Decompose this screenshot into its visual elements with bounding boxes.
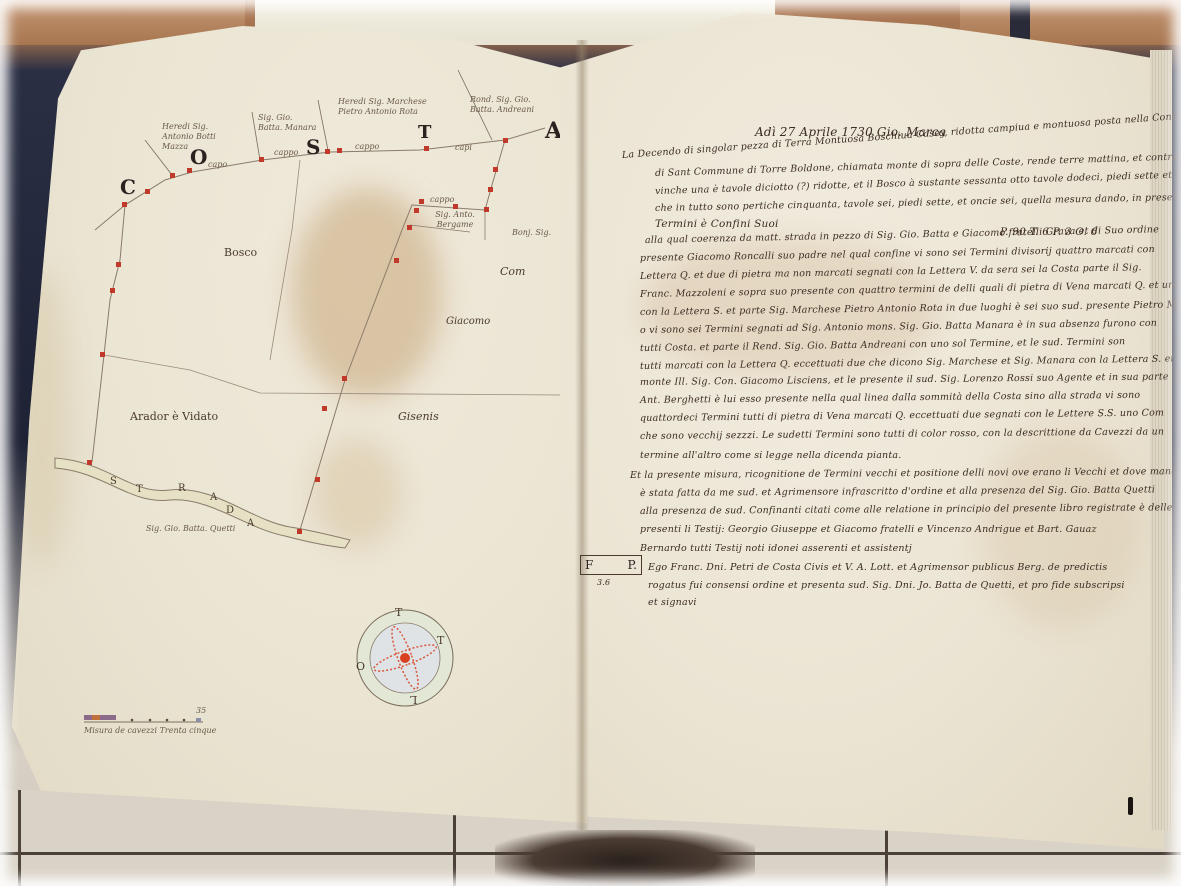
map-title-letter: T bbox=[418, 122, 431, 143]
text-line: rogatus fui consensi ordine et presenta … bbox=[648, 580, 1125, 591]
region-label-giacomo: Giacomo bbox=[446, 316, 490, 327]
region-label-com: Com bbox=[500, 265, 525, 278]
book-gutter bbox=[575, 40, 589, 830]
map-title-letter: A bbox=[545, 118, 562, 144]
notary-mark-number: 3.6 bbox=[597, 578, 610, 587]
road-letter: T bbox=[136, 484, 143, 495]
ink-blot bbox=[1128, 797, 1133, 815]
photo-scene: C O S T A Bosco Arador è Vidato Giacomo … bbox=[0, 0, 1181, 886]
notary-mark-left: F bbox=[585, 558, 593, 572]
map-title-letter: S bbox=[306, 135, 320, 159]
road-letter: S bbox=[110, 476, 117, 487]
text-line: termine all'altro come si legge nella di… bbox=[640, 450, 901, 461]
scale-caption: Misura de cavezzi Trenta cinque bbox=[84, 726, 216, 736]
owner-label: Sig. Gio. Batta. Manara bbox=[258, 113, 318, 133]
segment-label: capi bbox=[455, 143, 472, 153]
road-caption: Sig. Gio. Batta. Quetti bbox=[146, 524, 235, 534]
region-label-arador: Arador è Vidato bbox=[130, 410, 218, 423]
road-letter: A bbox=[210, 492, 217, 503]
owner-label: Bonj. Sig. bbox=[512, 228, 551, 238]
scale-end-value: 35 bbox=[196, 706, 206, 716]
compass-letter: O bbox=[356, 660, 365, 673]
segment-label: cappo bbox=[355, 142, 379, 152]
owner-label: Heredi Sig. Antonio Botti Mazza bbox=[162, 122, 232, 152]
road-letter: A bbox=[247, 518, 254, 529]
region-label-gisenis: Gisenis bbox=[398, 410, 439, 423]
text-line: presenti li Testij: Georgio Giuseppe et … bbox=[640, 524, 1097, 535]
segment-label: capo bbox=[208, 160, 227, 170]
owner-label: Sig. Anto. Bergame bbox=[430, 210, 480, 230]
owner-label: Heredi Sig. Marchese Pietro Antonio Rota bbox=[338, 97, 428, 117]
segment-label: cappo bbox=[430, 195, 454, 205]
road-letter: D bbox=[226, 505, 234, 516]
text-line: Bernardo tutti Testij noti idonei assere… bbox=[640, 543, 912, 554]
page-edges bbox=[1150, 50, 1172, 830]
map-title-letter: C bbox=[120, 175, 136, 199]
compass-rose-icon bbox=[357, 610, 453, 706]
compass-letter: L bbox=[410, 693, 417, 706]
text-line: et signavi bbox=[648, 597, 697, 608]
segment-label: cappo bbox=[274, 148, 298, 158]
road-letter: R bbox=[178, 483, 186, 494]
compass-letter: T bbox=[395, 606, 402, 619]
region-label-bosco: Bosco bbox=[224, 246, 257, 259]
notary-mark: F P. bbox=[580, 555, 642, 575]
text-line: Ego Franc. Dni. Petri de Costa Civis et … bbox=[648, 562, 1107, 573]
text-line: Termini è Confini Suoi bbox=[655, 218, 779, 230]
owner-label: Rond. Sig. Gio. Batta. Andreani bbox=[470, 95, 540, 115]
compass-letter: T bbox=[437, 634, 444, 647]
notary-mark-right: P. bbox=[628, 558, 637, 572]
scale-bar bbox=[84, 715, 203, 722]
